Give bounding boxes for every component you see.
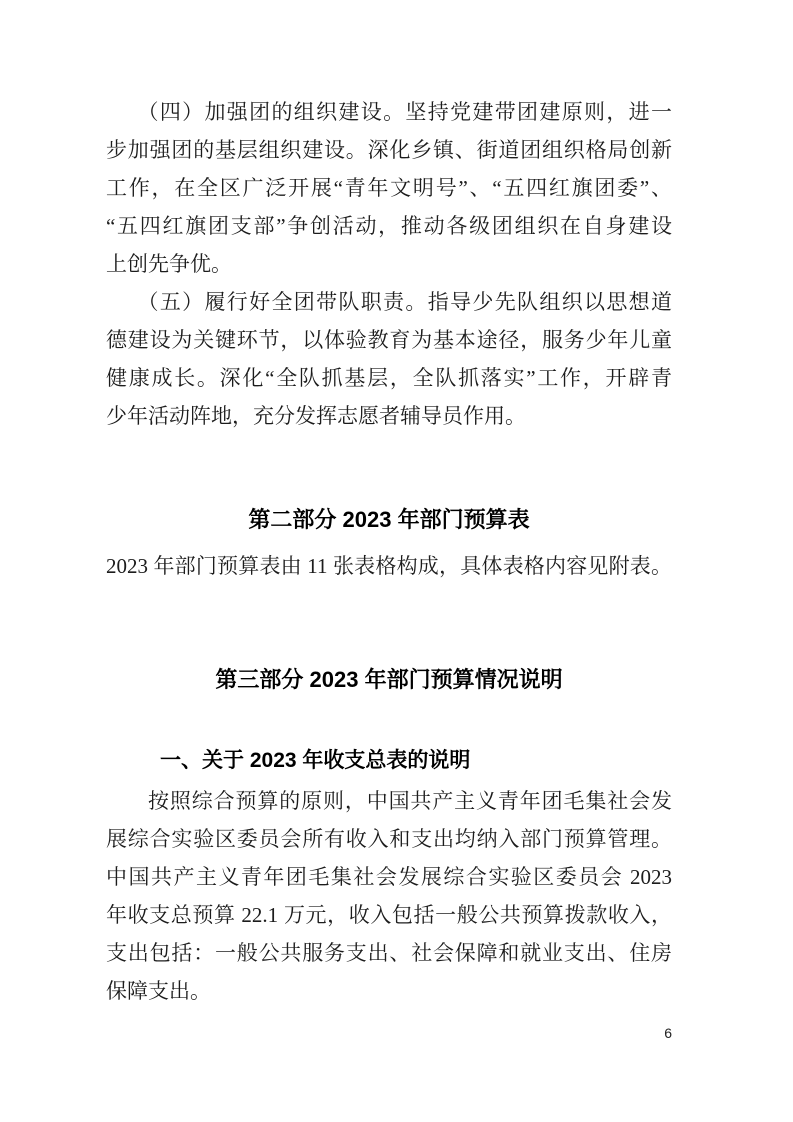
text-line: 德建设为关键环节，以体验教育为基本途径，服务少年儿童: [106, 321, 672, 359]
page-number: 6: [106, 1025, 672, 1041]
text-line: 健康成长。深化“全队抓基层，全队抓落实”工作，开辟青: [106, 359, 672, 397]
text-line: 展综合实验区委员会所有收入和支出均纳入部门预算管理。: [106, 820, 672, 858]
text-line: 上创先争优。: [106, 245, 672, 283]
text-line: 按照综合预算的原则，中国共产主义青年团毛集社会发: [106, 782, 672, 820]
text-line: 步加强团的基层组织建设。深化乡镇、街道团组织格局创新: [106, 131, 672, 169]
part2-heading: 第二部分 2023 年部门预算表: [106, 505, 672, 535]
text-line: 工作，在全区广泛开展“青年文明号”、“五四红旗团委”、: [106, 169, 672, 207]
part3-heading: 第三部分 2023 年部门预算情况说明: [106, 665, 672, 695]
text-line: “五四红旗团支部”争创活动，推动各级团组织在自身建设: [106, 207, 672, 245]
text-line: 年收支总预算 22.1 万元，收入包括一般公共预算拨款收入，: [106, 896, 672, 934]
text-line: （四）加强团的组织建设。坚持党建带团建原则，进一: [106, 93, 672, 131]
text-line: 支出包括：一般公共服务支出、社会保障和就业支出、住房: [106, 934, 672, 972]
section1-paragraph: 按照综合预算的原则，中国共产主义青年团毛集社会发展综合实验区委员会所有收入和支出…: [106, 782, 672, 1010]
text-line: 中国共产主义青年团毛集社会发展综合实验区委员会 2023: [106, 858, 672, 896]
paragraph-5: （五）履行好全团带队职责。指导少先队组织以思想道德建设为关键环节，以体验教育为基…: [106, 283, 672, 435]
text-line: 少年活动阵地，充分发挥志愿者辅导员作用。: [106, 397, 672, 435]
document-page: （四）加强团的组织建设。坚持党建带团建原则，进一步加强团的基层组织建设。深化乡镇…: [0, 0, 793, 1122]
text-line: （五）履行好全团带队职责。指导少先队组织以思想道: [106, 283, 672, 321]
paragraph-4: （四）加强团的组织建设。坚持党建带团建原则，进一步加强团的基层组织建设。深化乡镇…: [106, 93, 672, 283]
section1-heading: 一、关于 2023 年收支总表的说明: [106, 746, 672, 776]
part2-intro: 2023 年部门预算表由 11 张表格构成，具体表格内容见附表。: [106, 547, 672, 585]
text-line: 保障支出。: [106, 972, 672, 1010]
